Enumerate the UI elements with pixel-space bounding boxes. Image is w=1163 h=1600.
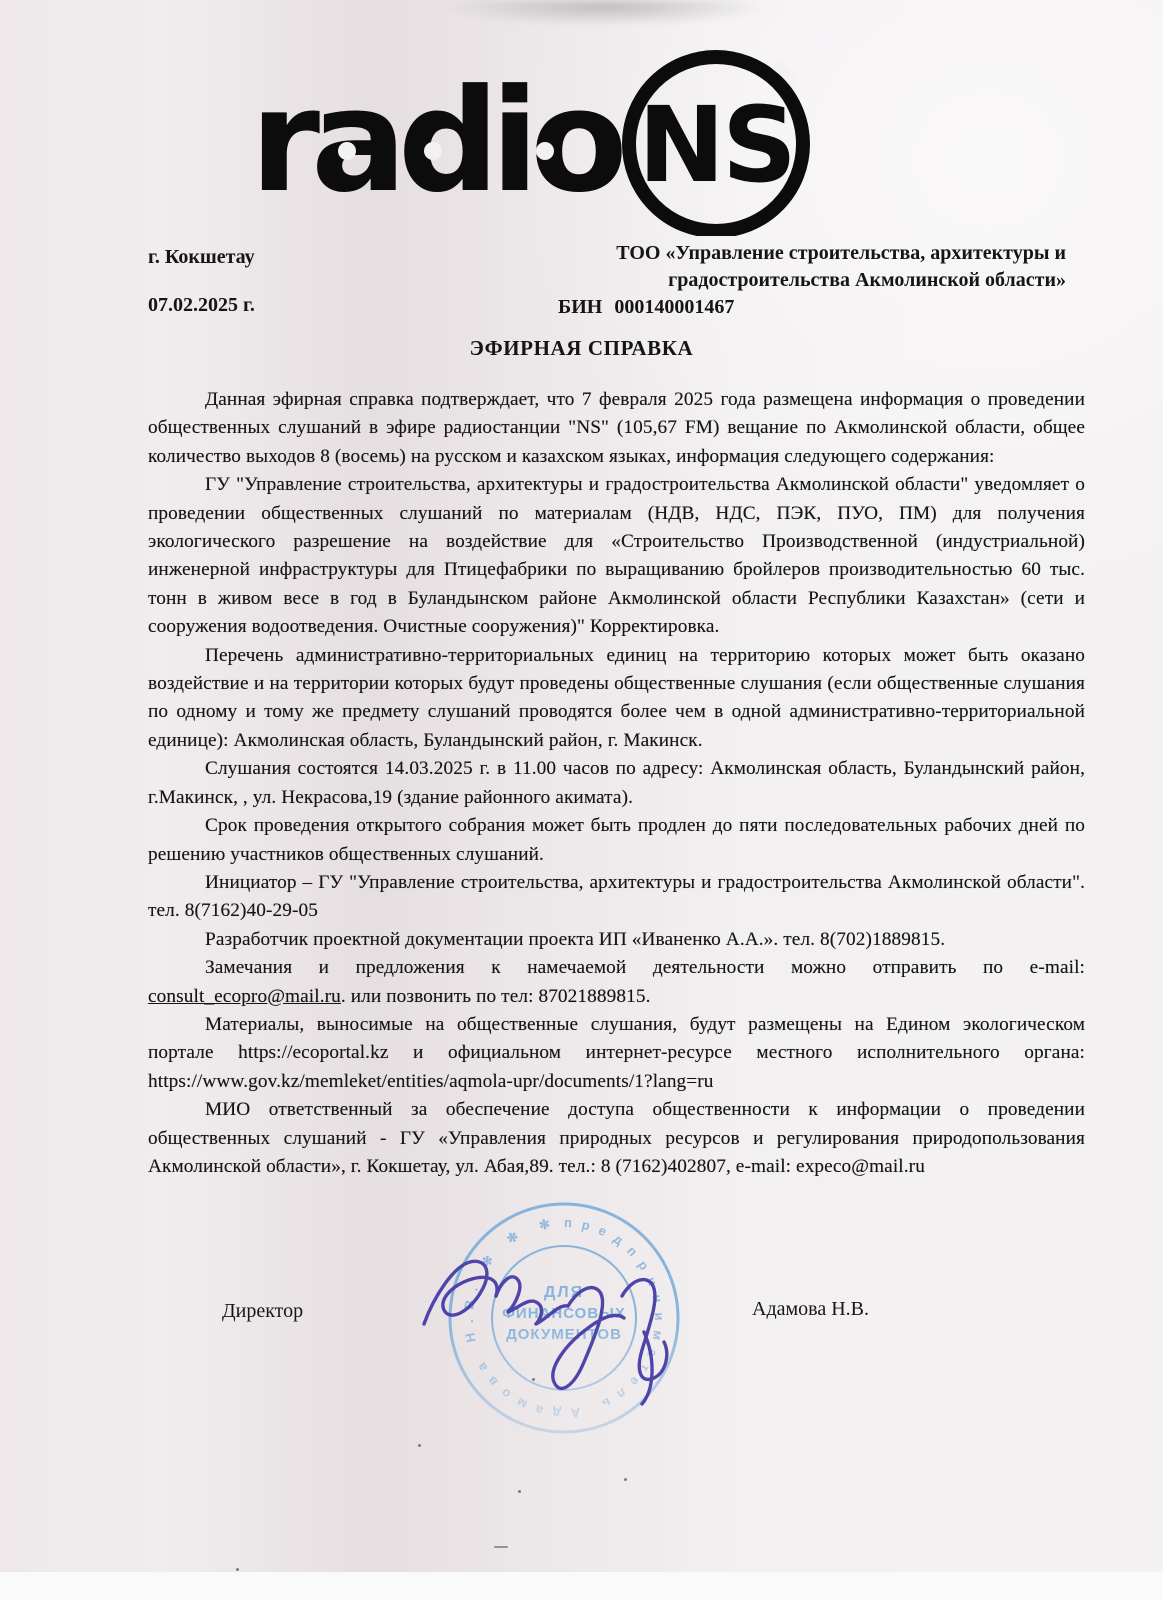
scan-speck [532,1378,535,1381]
signature-role: Директор [222,1300,303,1323]
scan-edge [0,1572,1163,1600]
document-title: ЭФИРНАЯ СПРАВКА [0,336,1163,361]
scan-speck [236,1568,239,1571]
scan-speck [418,1444,421,1447]
header-date: 07.02.2025 г. [148,294,255,317]
record-dot-icon [338,142,356,160]
radio-ns-logo: radio NS [248,48,848,236]
record-dot-icon [536,142,554,160]
paragraph-mio: МИО ответственный за обеспечение доступа… [148,1096,1085,1181]
bin-label: БИН [558,296,602,318]
scan-speck [518,1490,521,1493]
paragraph-announcement: ГУ "Управление строительства, архитектур… [148,471,1085,641]
logo-word: radio [250,59,622,224]
paragraph-hearing-date: Слушания состоятся 14.03.2025 г. в 11.00… [148,755,1085,812]
signature-name: Адамова Н.В. [752,1298,869,1321]
header-bin: БИН000140001467 [558,296,734,319]
recipient-line-1: ТОО «Управление строительства, архитекту… [560,240,1066,267]
scan-speck [624,1478,627,1481]
paragraph-territories: Перечень административно-территориальных… [148,642,1085,756]
recipient-line-2: градостроительства Акмолинской области» [560,267,1066,294]
feedback-text-after: . или позвонить по тел: 87021889815. [341,986,651,1007]
handwritten-signature [408,1212,738,1412]
logo-badge: NS [638,84,794,206]
paragraph-duration: Срок проведения открытого собрания может… [148,812,1085,869]
scan-dash [494,1546,508,1548]
header-recipient: ТОО «Управление строительства, архитекту… [560,240,1066,294]
paragraph-developer: Разработчик проектной документации проек… [148,926,1085,954]
scan-smudge [440,0,770,26]
feedback-text-before: Замечания и предложения к намечаемой дея… [205,957,1085,978]
paragraph-materials: Материалы, выносимые на общественные слу… [148,1011,1085,1096]
paragraph-intro: Данная эфирная справка подтверждает, что… [148,386,1085,471]
paragraph-initiator: Инициатор – ГУ "Управление строительства… [148,869,1085,926]
header-city: г. Кокшетау [148,246,255,269]
paragraph-feedback: Замечания и предложения к намечаемой дея… [148,954,1085,1011]
bin-value: 000140001467 [614,296,734,318]
email-link[interactable]: consult_ecopro@mail.ru [148,986,341,1007]
record-dot-icon [424,142,442,160]
document-body: Данная эфирная справка подтверждает, что… [148,386,1085,1181]
document-page: radio NS г. Кокшетау 07.02.2025 г. ТОО «… [0,0,1163,1600]
